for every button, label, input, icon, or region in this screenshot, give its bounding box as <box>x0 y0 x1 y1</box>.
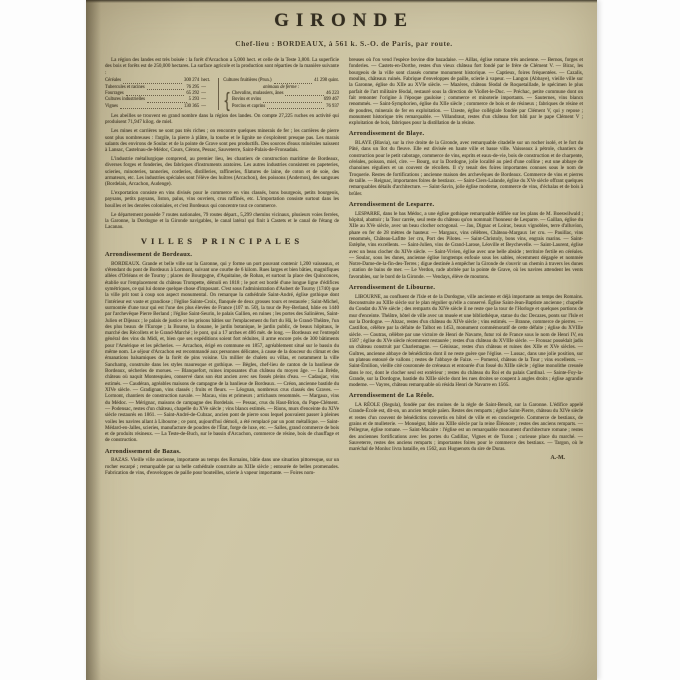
scanned-page-background: GIRONDE Chef-lieu : BORDEAUX, à 561 k. S… <box>0 0 680 680</box>
paragraph-bazas-continuation: breuses où l'on vend l'espèce bovine dit… <box>349 57 583 126</box>
paragraph-lareole: LA RÉOLE (Regula), fondée par des moines… <box>349 402 583 453</box>
heading-arrondissement-bazas: Arrondissement de Bazas. <box>105 448 339 456</box>
paragraph-exportation: L'exportation consiste en vins divisés p… <box>105 190 339 209</box>
page-subtitle: Chef-lieu : BORDEAUX, à 561 k. S.-O. de … <box>105 39 583 48</box>
dotted-leader <box>123 83 182 84</box>
villes-principales-heading: VILLES PRINCIPALES <box>105 236 339 247</box>
heading-arrondissement-blaye: Arrondissement de Blaye. <box>349 130 583 138</box>
stat-value: 130 365 <box>184 104 199 110</box>
heading-arrondissement-lareole: Arrondissement de La Réole. <box>349 392 583 400</box>
paper-left-edge <box>86 0 101 680</box>
stat-value: 41 298 quint. <box>314 78 339 84</box>
brace-glyph: { <box>223 87 231 115</box>
heading-arrondissement-bordeaux: Arrondissement de Bordeaux. <box>105 251 339 259</box>
intro-paragraph: La région des landes est très boisée : l… <box>105 57 339 76</box>
stat-label: Porcins et caprins <box>232 104 265 110</box>
dotted-leader <box>147 102 187 103</box>
paragraph-bazas: BAZAS. Vieille ville ancienne, important… <box>105 457 339 476</box>
paragraph-blaye: BLAYE (Blavia), sur la rive droite de la… <box>349 140 583 197</box>
stat-label: Vignes <box>105 104 118 110</box>
paragraph-bordeaux: BORDEAUX. Grande et belle ville sur la G… <box>105 261 339 444</box>
dotted-leader <box>120 108 182 109</box>
page-content: GIRONDE Chef-lieu : BORDEAUX, à 561 k. S… <box>105 10 583 479</box>
author-initials: A.-M. <box>349 455 583 462</box>
stat-unit: — <box>199 104 214 110</box>
stat-label: Cultures fruitières (Prun.) <box>223 78 271 84</box>
page-title: GIRONDE <box>105 10 583 32</box>
heading-arrondissement-lesparre: Arrondissement de Lesparre. <box>349 201 583 209</box>
dotted-leader <box>274 83 313 84</box>
stats-row: Vignes 130 365 — <box>105 104 214 110</box>
dotted-leader <box>263 102 322 103</box>
left-column: La région des landes est très boisée : l… <box>105 57 339 479</box>
heading-arrondissement-libourne: Arrondissement de Libourne. <box>349 284 583 292</box>
paper-sheet: GIRONDE Chef-lieu : BORDEAUX, à 561 k. S… <box>86 0 597 680</box>
dotted-leader <box>285 95 324 96</box>
two-column-layout: La région des landes est très boisée : l… <box>105 57 583 479</box>
dotted-leader <box>147 89 185 90</box>
stats-right-half: Cultures fruitières (Prun.) 41 298 quint… <box>219 78 339 110</box>
right-column: breuses où l'on vend l'espèce bovine dit… <box>349 57 583 479</box>
dotted-leader <box>267 108 324 109</box>
paragraph-routes: Le département possède 7 routes national… <box>105 212 339 231</box>
stats-left-half: Céréales 300 274 hect. Tubercules et rac… <box>105 78 219 110</box>
agriculture-stats-table: Céréales 300 274 hect. Tubercules et rac… <box>105 78 339 110</box>
paragraph-mines: Les mines et carrières ne sont pas très … <box>105 128 339 153</box>
paragraph-industrie: L'industrie métallurgique comprend, au p… <box>105 156 339 188</box>
paragraph-abeilles: Les abeilles se trouvent en grand nombre… <box>105 113 339 126</box>
stats-row: Porcins et caprins 76 937 <box>232 104 339 110</box>
paragraph-libourne: LIBOURNE, au confluent de l'Isle et de l… <box>349 294 583 389</box>
paragraph-lesparre: LESPARRE, dans le bas Médoc, a une églis… <box>349 211 583 280</box>
stats-group-rows: Chevalins, mulassiers, ânes 46 223 Bovin… <box>232 91 339 110</box>
paper-top-edge <box>86 0 597 3</box>
stats-group: { Chevalins, mulassiers, ânes 46 223 Bov… <box>223 91 339 110</box>
stat-value: 76 937 <box>326 104 339 110</box>
